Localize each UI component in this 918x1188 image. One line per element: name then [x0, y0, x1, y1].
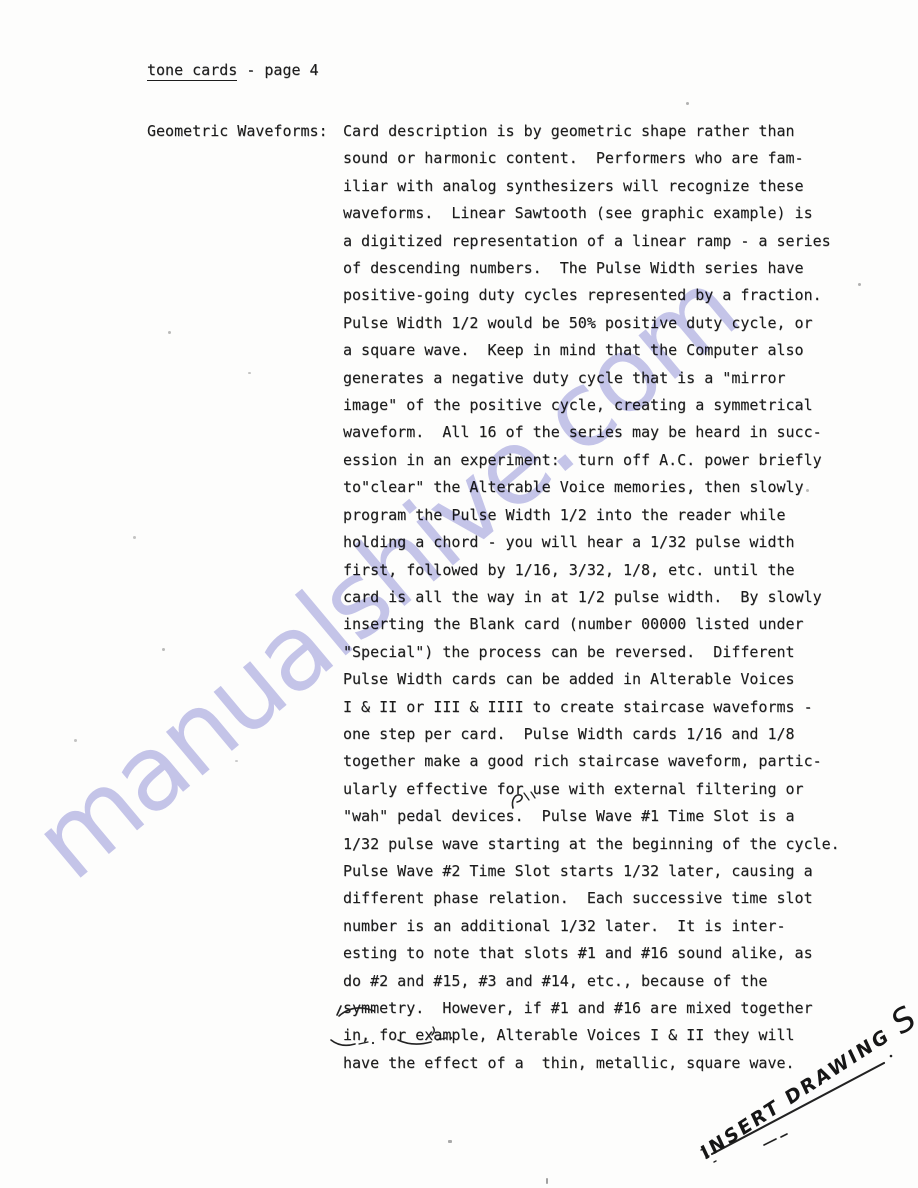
body-line: I & II or III & IIII to create staircase… [343, 694, 840, 721]
scan-speck [74, 739, 77, 742]
scan-speck [448, 1140, 452, 1143]
scanned-manual-page: tone cards - page 4 Geometric Waveforms:… [0, 0, 918, 1188]
note-underline-dashes [764, 1134, 787, 1145]
caret-tick [337, 1006, 341, 1015]
body-line: first, followed by 1/16, 3/32, 1/8, etc.… [343, 557, 840, 584]
scan-speck [546, 1178, 548, 1184]
body-text-column: Card description is by geometric shape r… [343, 118, 840, 1077]
body-line: ession in an experiment: turn off A.C. p… [343, 447, 840, 474]
header-title-underlined: tone cards [147, 61, 237, 81]
body-line: waveform. All 16 of the series may be he… [343, 419, 840, 446]
body-line: Pulse Width 1/2 would be 50% positive du… [343, 310, 840, 337]
body-line: a digitized representation of a linear r… [343, 228, 840, 255]
scan-speck [248, 372, 251, 374]
body-line: of descending numbers. The Pulse Width s… [343, 255, 840, 282]
body-line: sound or harmonic content. Performers wh… [343, 145, 840, 172]
body-line: to"clear" the Alterable Voice memories, … [343, 474, 840, 501]
body-line: do #2 and #15, #3 and #14, etc., because… [343, 968, 840, 995]
body-line: card is all the way in at 1/2 pulse widt… [343, 584, 840, 611]
body-line: holding a chord - you will hear a 1/32 p… [343, 529, 840, 556]
body-line: different phase relation. Each successiv… [343, 885, 840, 912]
body-line: ularly effective for use with external f… [343, 776, 840, 803]
body-line: "Special") the process can be reversed. … [343, 639, 840, 666]
scan-speck [235, 760, 238, 762]
body-line: symmetry. However, if #1 and #16 are mix… [343, 995, 840, 1022]
body-line: program the Pulse Width 1/2 into the rea… [343, 502, 840, 529]
scan-speck [858, 283, 861, 286]
body-line: one step per card. Pulse Width cards 1/1… [343, 721, 840, 748]
header-page-number: - page 4 [237, 61, 318, 79]
body-line: Card description is by geometric shape r… [343, 118, 840, 145]
body-line: a square wave. Keep in mind that the Com… [343, 337, 840, 364]
page-header: tone cards - page 4 [147, 57, 319, 84]
scan-speck [162, 648, 165, 651]
body-line: generates a negative duty cycle that is … [343, 365, 840, 392]
note-final-letter: S [886, 996, 918, 1043]
body-line: together make a good rich staircase wave… [343, 748, 840, 775]
scan-speck [133, 536, 136, 539]
body-line: in, for example, Alterable Voices I & II… [343, 1022, 840, 1049]
body-line: image" of the positive cycle, creating a… [343, 392, 840, 419]
note-end-dot [890, 1055, 893, 1058]
section-label: Geometric Waveforms: [147, 118, 328, 145]
body-line: inserting the Blank card (number 00000 l… [343, 611, 840, 638]
body-line: have the effect of a thin, metallic, squ… [343, 1050, 840, 1077]
scan-speck [686, 102, 689, 105]
body-line: 1/32 pulse wave starting at the beginnin… [343, 831, 840, 858]
body-line: "wah" pedal devices. Pulse Wave #1 Time … [343, 803, 840, 830]
body-line: positive-going duty cycles represented b… [343, 282, 840, 309]
scan-speck [168, 331, 171, 334]
body-line: number is an additional 1/32 later. It i… [343, 913, 840, 940]
body-line: esting to note that slots #1 and #16 sou… [343, 940, 840, 967]
body-line: iliar with analog synthesizers will reco… [343, 173, 840, 200]
body-line: Pulse Wave #2 Time Slot starts 1/32 late… [343, 858, 840, 885]
body-line: Pulse Width cards can be added in Altera… [343, 666, 840, 693]
body-line: waveforms. Linear Sawtooth (see graphic … [343, 200, 840, 227]
